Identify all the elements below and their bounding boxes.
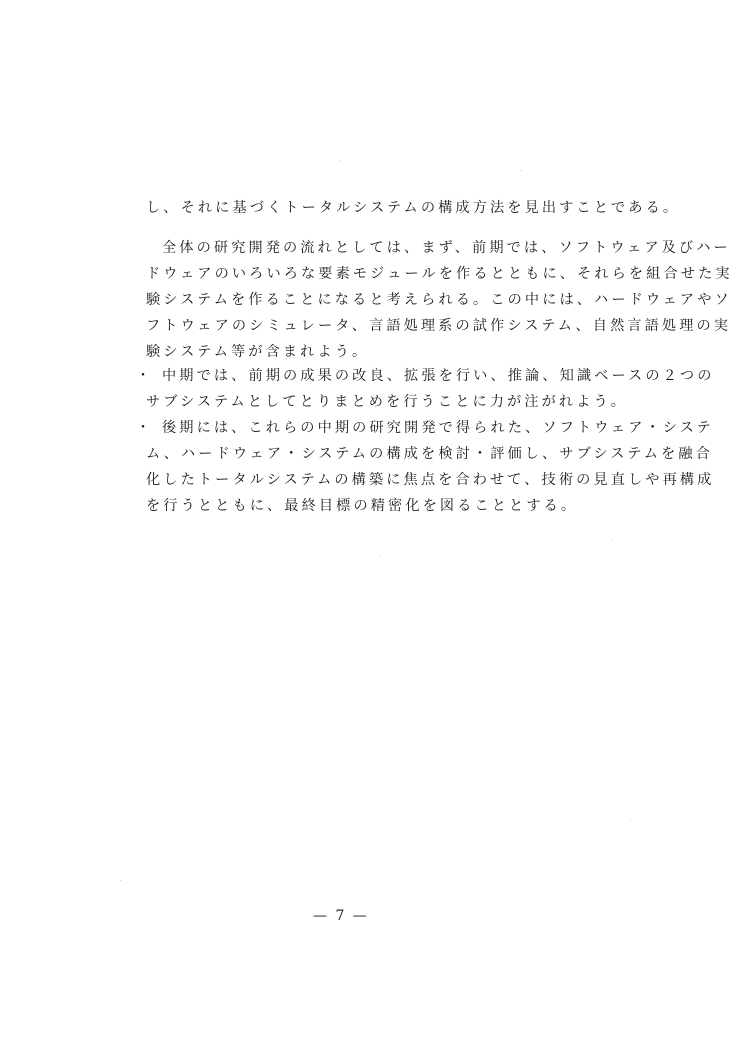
overview-line-4: フトウェアのシミュレータ、言語処理系の試作システム、自然言語処理の実 [146,316,731,336]
overview-line-2: ドウェアのいろいろな要素モジュールを作るとともに、それらを組合せた実 [146,264,733,284]
mid-term-line-1: 中期では、前期の成果の改良、拡張を行い、推論、知識ベースの２つの [162,366,715,386]
late-term-line-2: ム、ハードウェア・システムの構成を検討・評価し、サブシステムを融合 [146,444,713,464]
late-term-line-3: 化したトータルシステムの構築に焦点を合わせて、技術の見直しや再構成 [146,470,714,490]
bullet-marker-late-term: ・ [136,418,150,438]
scan-speck [380,555,381,556]
document-page: し、それに基づくトータルシステムの構成方法を見出すことである。 全体の研究開発の… [0,0,750,1054]
scan-speck [520,170,521,171]
scan-speck [340,160,341,161]
bullet-marker-mid-term: ・ [136,366,150,386]
paragraph-continuation-line: し、それに基づくトータルシステムの構成方法を見出すことである。 [146,198,680,218]
overview-line-3: 験システムを作ることになると考えられる。この中には、ハードウェアやソ [146,290,732,310]
late-term-line-4: を行うとともに、最終目標の精密化を図ることとする。 [146,496,578,516]
late-term-line-1: 後期には、これらの中期の研究開発で得られた、ソフトウェア・システ [162,418,714,438]
scan-speck [612,540,613,541]
overview-line-1: 全体の研究開発の流れとしては、まず、前期では、ソフトウェア及びハー [162,238,731,258]
scan-speck [120,880,121,881]
scan-speck [630,820,631,821]
overview-line-5: 験システム等が含まれよう。 [146,342,369,362]
page-number: — 7 — [313,908,369,924]
mid-term-line-2: サブシステムとしてとりまとめを行うことに力が注がれよう。 [146,392,628,412]
